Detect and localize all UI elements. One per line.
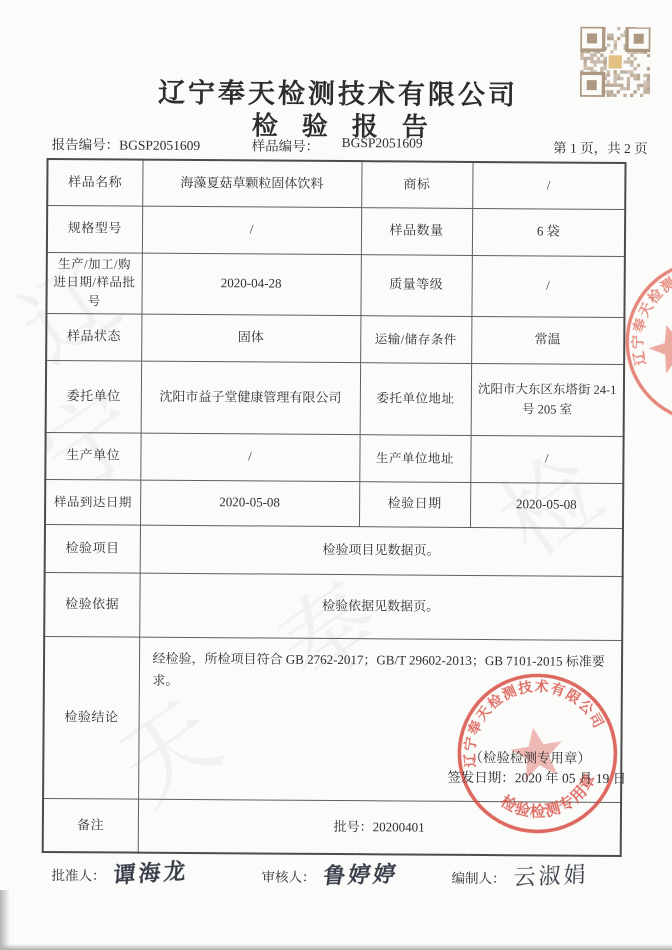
table-row: 样品状态 固体 运输/储存条件 常温 [46,313,624,364]
cell-label: 检验日期 [359,481,470,527]
table-row: 检验依据 检验依据见数据页。 [44,572,622,640]
cell-label: 生产单位 [45,432,140,480]
sample-no-label: 样品编号： [252,134,320,154]
cell-value: 沈阳市大东区东塔街 24-1 号 205 室 [471,363,624,436]
preparer-label: 编制人： [451,871,505,886]
cell-label: 委托单位 [46,360,142,433]
cell-label: 样品名称 [47,159,142,206]
cell-label: 样品状态 [46,313,141,361]
report-no-label: 报告编号： [52,137,120,152]
cell-label: 检验依据 [44,572,139,637]
cell-label: 生产/加工/购进日期/样品批号 [46,252,141,314]
table-row: 规格型号 / 样品数量 6 袋 [47,205,625,256]
cell-value: 2020-04-28 [141,253,360,316]
report-no: BGSP2051609 [119,137,200,153]
cell-label: 检验结论 [43,636,139,799]
stamp-note: （检验检测专用章） [469,746,591,767]
signature-row: 批准人：谭海龙 审核人：鲁婷婷 编制人：云淑娟 [0,850,669,905]
cell-value: 固体 [141,314,360,363]
cell-value: / [472,162,625,209]
table-row: 样品名称 海藻夏菇草颗粒固体饮料 商标 / [47,159,625,209]
reviewer-signature: 鲁婷婷 [321,857,401,890]
preparer-signature: 云淑娟 [513,858,589,892]
cell-value: 6 袋 [472,208,625,256]
scan-edge-corner [0,890,10,950]
cell-value: 检验项目见数据页。 [140,525,623,576]
cell-value: / [140,433,359,482]
report-page: 辽 宁 奉 天 检 辽宁奉天检测技术有限公司 检验报告 报告编号：BGSP205… [0,0,672,950]
sample-no: BGSP2051609 [342,135,423,152]
cell-label: 商标 [361,161,472,208]
cell-label: 备注 [43,798,138,853]
table-row: 检验项目 检验项目见数据页。 [45,524,623,576]
cell-label: 运输/储存条件 [360,315,471,363]
table-row: 委托单位 沈阳市益子堂健康管理有限公司 委托单位地址 沈阳市大东区东塔街 24-… [46,360,624,436]
cell-value: 2020-05-08 [140,480,359,527]
approver-signature: 谭海龙 [113,854,190,890]
cell-label: 生产单位地址 [359,434,470,482]
scan-edge-bottom [0,944,672,950]
page-indicator: 第 1 页，共 2 页 [553,137,648,158]
table-row: 生产单位 / 生产单位地址 / [45,432,623,483]
cell-label: 质量等级 [360,254,471,316]
cell-label: 检验项目 [45,524,140,573]
cell-label: 样品数量 [361,207,472,255]
cell-label: 规格型号 [47,205,142,253]
cell-value: 海藻夏菇草颗粒固体饮料 [142,160,361,208]
cell-value: / [470,435,623,483]
cell-value: 检验依据见数据页。 [139,573,622,640]
cell-value: 沈阳市益子堂健康管理有限公司 [141,361,360,435]
table-row: 生产/加工/购进日期/样品批号 2020-04-28 质量等级 / [46,252,624,317]
reviewer-label: 审核人： [261,869,315,884]
cell-label: 委托单位地址 [360,362,471,435]
table-row: 样品到达日期 2020-05-08 检验日期 2020-05-08 [45,479,623,528]
cell-label: 样品到达日期 [45,479,140,525]
issue-date: 签发日期：2020 年 05 月 19 日 [447,766,626,787]
approver-label: 批准人： [51,868,105,883]
cell-value: 2020-05-08 [470,482,623,528]
cell-value: / [142,206,361,255]
